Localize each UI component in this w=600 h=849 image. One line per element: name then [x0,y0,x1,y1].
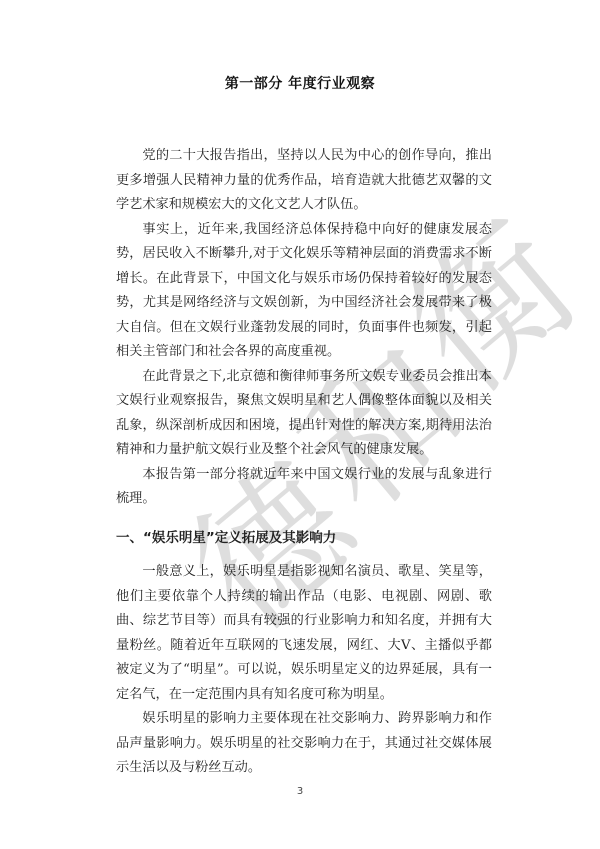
page-title: 第一部分 年度行业观察 [0,73,600,93]
section-heading: 一、“娱乐明星”定义拓展及其影响力 [116,526,492,551]
paragraph: 党的二十大报告指出，坚持以人民为中心的创作导向，推出更多增强人民精神力量的优秀作… [116,144,492,218]
document-page: 德 和 衡 第一部分 年度行业观察 党的二十大报告指出，坚持以人民为中心的创作导… [0,0,600,849]
paragraph: 在此背景之下,北京德和衡律师事务所文娱专业委员会推出本文娱行业观察报告，聚焦文娱… [116,365,492,463]
document-body: 党的二十大报告指出，坚持以人民为中心的创作导向，推出更多增强人民精神力量的优秀作… [116,144,492,781]
paragraph: 娱乐明星的影响力主要体现在社交影响力、跨界影响力和作品声量影响力。娱乐明星的社交… [116,707,492,781]
paragraph: 一般意义上，娱乐明星是指影视知名演员、歌星、笑星等，他们主要依靠个人持续的输出作… [116,560,492,707]
page-number: 3 [0,786,600,797]
paragraph: 事实上，近年来,我国经济总体保持稳中向好的健康发展态势，居民收入不断攀升,对于文… [116,218,492,365]
paragraph: 本报告第一部分将就近年来中国文娱行业的发展与乱象进行梳理。 [116,463,492,512]
